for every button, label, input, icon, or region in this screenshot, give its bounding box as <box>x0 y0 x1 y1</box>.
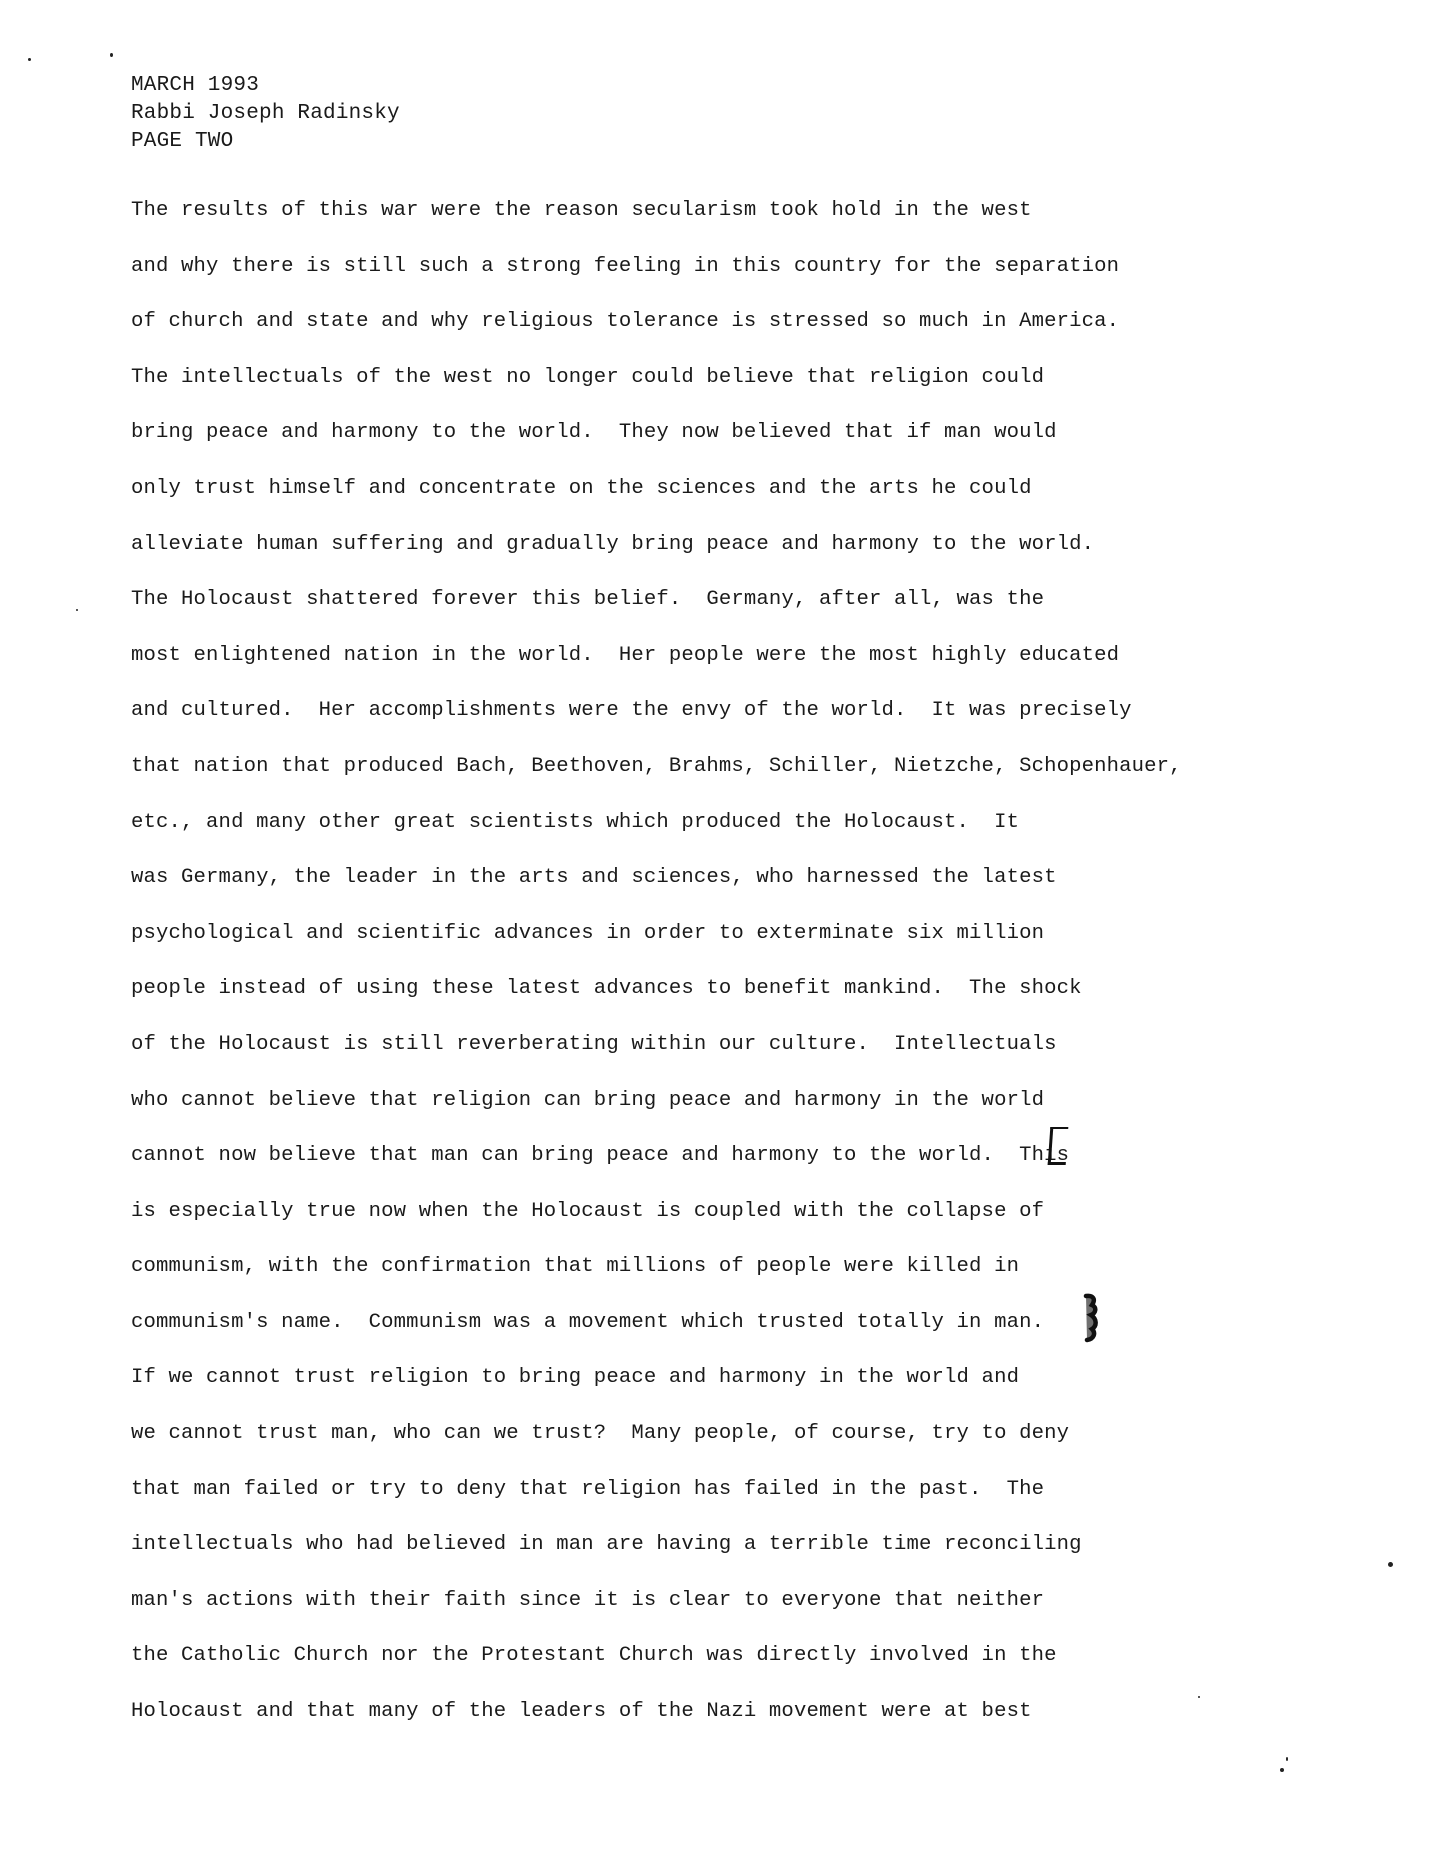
text-line: we cannot trust man, who can we trust? M… <box>131 1406 1182 1462</box>
header-author: Rabbi Joseph Radinsky <box>131 100 400 128</box>
text-line: alleviate human suffering and gradually … <box>131 517 1182 573</box>
text-line: that nation that produced Bach, Beethove… <box>131 739 1182 795</box>
scan-speck <box>76 609 78 611</box>
text-line: intellectuals who had believed in man ar… <box>131 1517 1182 1573</box>
scan-speck <box>1280 1768 1284 1772</box>
text-line: only trust himself and concentrate on th… <box>131 461 1182 517</box>
text-line: Holocaust and that many of the leaders o… <box>131 1684 1182 1740</box>
text-line: communism, with the confirmation that mi… <box>131 1239 1182 1295</box>
text-line: most enlightened nation in the world. He… <box>131 628 1182 684</box>
document-page: MARCH 1993 Rabbi Joseph Radinsky PAGE TW… <box>0 0 1430 1851</box>
text-line: the Catholic Church nor the Protestant C… <box>131 1628 1182 1684</box>
text-line: communism's name. Communism was a moveme… <box>131 1295 1182 1351</box>
scan-speck <box>110 53 113 57</box>
header-date: MARCH 1993 <box>131 72 400 100</box>
document-body: The results of this war were the reason … <box>131 183 1182 1740</box>
handwritten-open-bracket-mark <box>1048 1127 1069 1165</box>
text-line: and cultured. Her accomplishments were t… <box>131 683 1182 739</box>
handwritten-close-bracket-mark <box>1083 1293 1099 1343</box>
text-line: The results of this war were the reason … <box>131 183 1182 239</box>
scan-speck <box>1388 1562 1393 1567</box>
text-line: If we cannot trust religion to bring pea… <box>131 1350 1182 1406</box>
header-page: PAGE TWO <box>131 128 400 156</box>
text-line: The Holocaust shattered forever this bel… <box>131 572 1182 628</box>
scan-speck <box>1286 1757 1288 1761</box>
text-line: who cannot believe that religion can bri… <box>131 1073 1182 1129</box>
text-line: of church and state and why religious to… <box>131 294 1182 350</box>
scan-speck <box>28 58 31 61</box>
text-line: is especially true now when the Holocaus… <box>131 1184 1182 1240</box>
text-line: people instead of using these latest adv… <box>131 961 1182 1017</box>
text-line: etc., and many other great scientists wh… <box>131 795 1182 851</box>
text-line: man's actions with their faith since it … <box>131 1573 1182 1629</box>
text-line: The intellectuals of the west no longer … <box>131 350 1182 406</box>
text-line: psychological and scientific advances in… <box>131 906 1182 962</box>
text-line: was Germany, the leader in the arts and … <box>131 850 1182 906</box>
text-line: and why there is still such a strong fee… <box>131 239 1182 295</box>
document-header: MARCH 1993 Rabbi Joseph Radinsky PAGE TW… <box>131 72 400 156</box>
text-line: that man failed or try to deny that reli… <box>131 1462 1182 1518</box>
text-line: cannot now believe that man can bring pe… <box>131 1128 1182 1184</box>
text-line: of the Holocaust is still reverberating … <box>131 1017 1182 1073</box>
scan-speck <box>1198 1696 1200 1698</box>
text-line: bring peace and harmony to the world. Th… <box>131 405 1182 461</box>
